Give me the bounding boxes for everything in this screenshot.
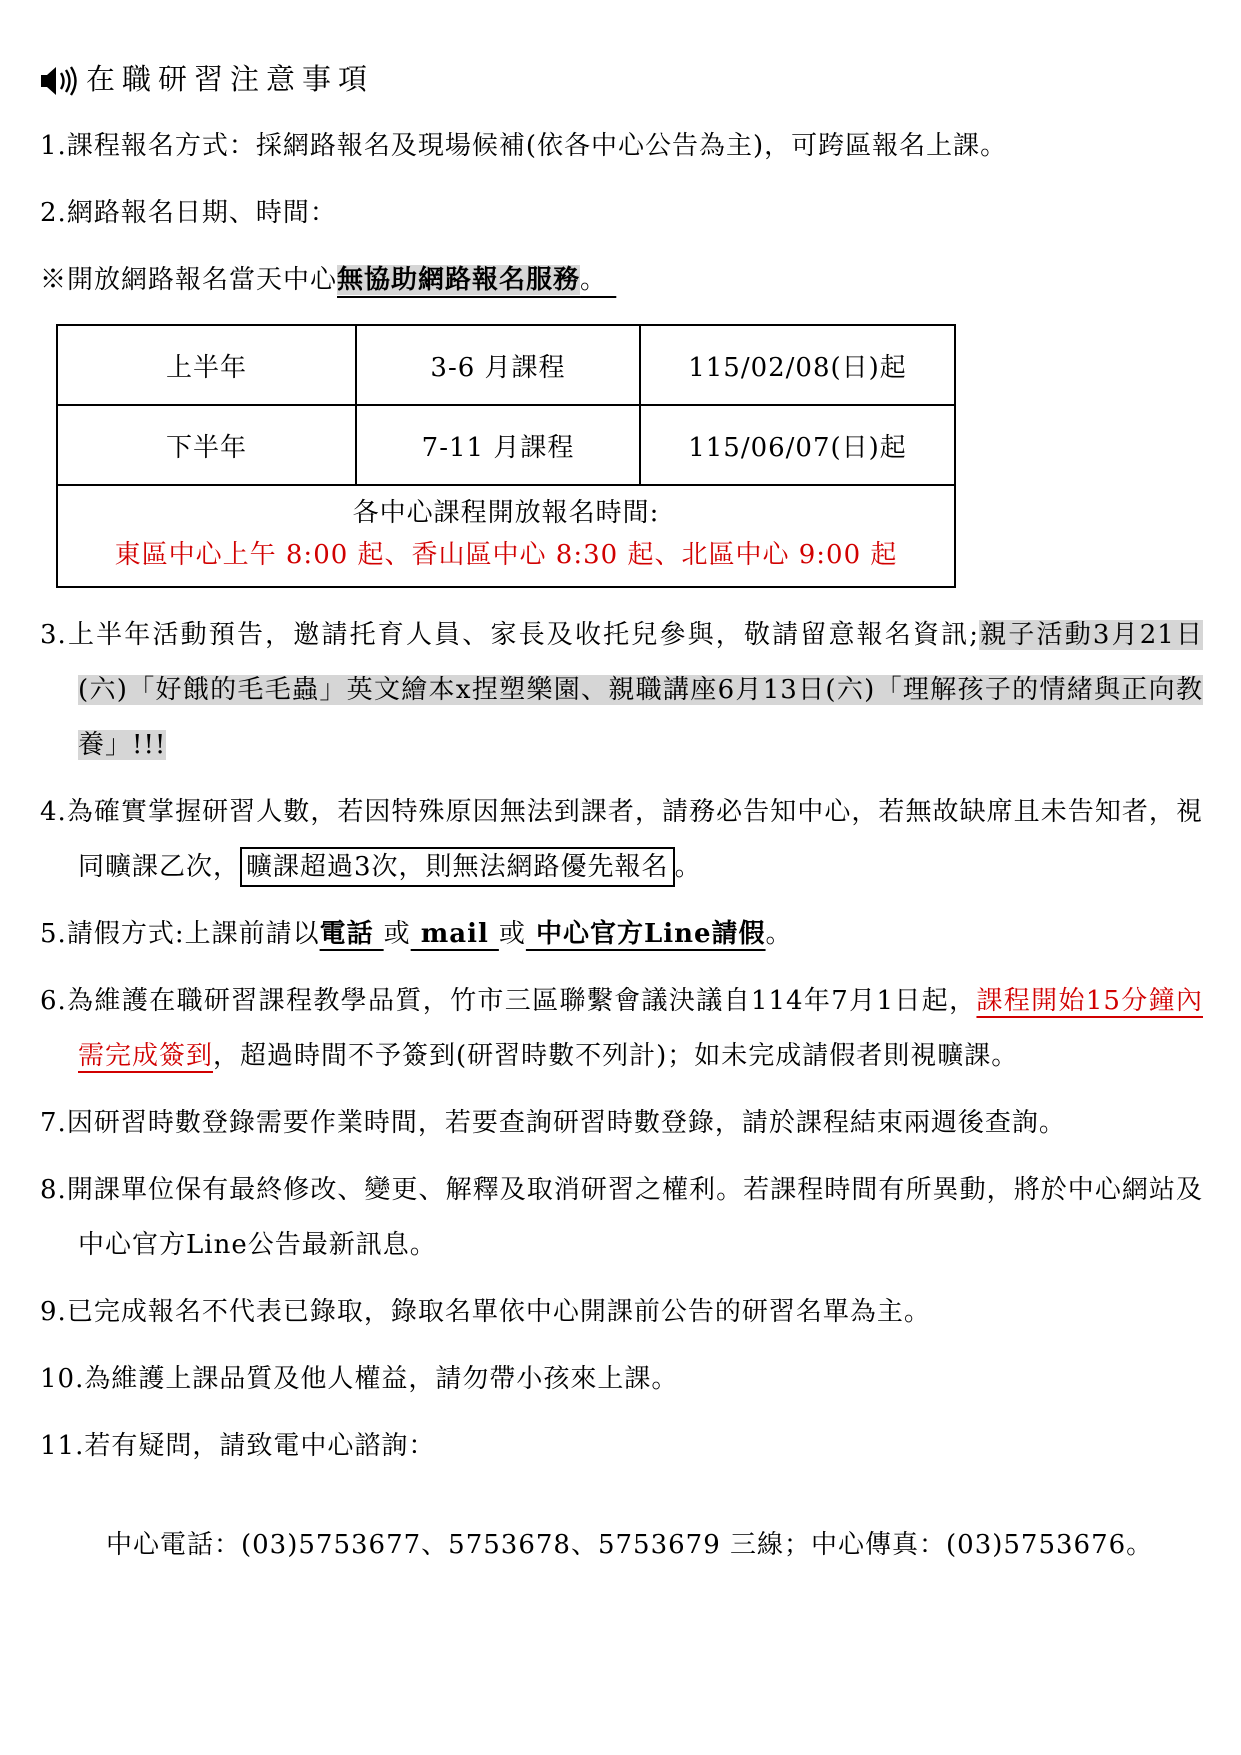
document-title: 在職研習注意事項 xyxy=(40,52,1203,107)
item-4-suffix: 。 xyxy=(675,852,702,882)
note-highlighted-text: 無協助網路報名服務 xyxy=(337,265,580,295)
item-6-text: 為維護在職研習課程教學品質，竹市三區聯繫會議決議自114年7月1日起， xyxy=(67,986,977,1016)
item-4-boxed-text: 曠課超過3次，則無法網路優先報名 xyxy=(240,847,675,887)
cell-period: 下半年 xyxy=(57,405,356,485)
item-6: 6.為維護在職研習課程教學品質，竹市三區聯繫會議決議自114年7月1日起，課程開… xyxy=(40,974,1203,1084)
item-1-text: 課程報名方式：採網路報名及現場候補(依各中心公告為主)，可跨區報名上課。 xyxy=(67,131,1007,161)
item-6-suffix: ，超過時間不予簽到(研習時數不列計)；如未完成請假者則視曠課。 xyxy=(213,1041,1018,1071)
item-8-text: 開課單位保有最終修改、變更、解釋及取消研習之權利。若課程時間有所異動，將於中心網… xyxy=(67,1175,1203,1260)
item-1-number: 1. xyxy=(40,131,67,161)
item-7: 7.因研習時數登錄需要作業時間，若要查詢研習時數登錄，請於課程結束兩週後查詢。 xyxy=(40,1096,1203,1151)
cell-start-date: 115/02/08(日)起 xyxy=(640,325,955,405)
item-5-number: 5. xyxy=(40,919,67,949)
table-row-footer: 各中心課程開放報名時間: 東區中心上午 8:00 起、香山區中心 8:30 起、… xyxy=(57,485,955,587)
item-9: 9.已完成報名不代表已錄取，錄取名單依中心開課前公告的研習名單為主。 xyxy=(40,1285,1203,1340)
contact-line: 中心電話：(03)5753677、5753678、5753679 三線；中心傳真… xyxy=(40,1518,1203,1573)
item-7-text: 因研習時數登錄需要作業時間，若要查詢研習時數登錄，請於課程結束兩週後查詢。 xyxy=(67,1108,1066,1138)
note-prefix: ※開放網路報名當天中心 xyxy=(40,265,337,295)
item-5: 5.請假方式:上課前請以電話 或 mail 或 中心官方Line請假。 xyxy=(40,907,1203,962)
item-10: 10.為維護上課品質及他人權益，請勿帶小孩來上課。 xyxy=(40,1352,1203,1407)
item-9-text: 已完成報名不代表已錄取，錄取名單依中心開課前公告的研習名單為主。 xyxy=(67,1297,931,1327)
open-times-label: 各中心課程開放報名時間: xyxy=(62,492,950,534)
item-2-text: 網路報名日期、時間： xyxy=(67,198,337,228)
item-5-text: 請假方式:上課前請以 xyxy=(67,919,320,949)
page-title: 在職研習注意事項 xyxy=(86,52,374,107)
cell-courses: 3-6 月課程 xyxy=(356,325,640,405)
item-10-number: 10. xyxy=(40,1364,84,1394)
item-3-number: 3. xyxy=(40,620,67,650)
document-page: 在職研習注意事項 1.課程報名方式：採網路報名及現場候補(依各中心公告為主)，可… xyxy=(0,0,1241,1755)
item-11-number: 11. xyxy=(40,1431,84,1461)
item-5-suffix: 。 xyxy=(766,919,793,949)
note-line: ※開放網路報名當天中心無協助網路報名服務。 xyxy=(40,253,1203,308)
item-11: 11.若有疑問，請致電中心諮詢： xyxy=(40,1419,1203,1474)
item-5-or-1: 或 xyxy=(384,919,411,949)
item-5-mail-option: mail xyxy=(411,919,499,949)
cell-period: 上半年 xyxy=(57,325,356,405)
item-4: 4.為確實掌握研習人數，若因特殊原因無法到課者，請務必告知中心，若無故缺席且未告… xyxy=(40,785,1203,895)
item-1: 1.課程報名方式：採網路報名及現場候補(依各中心公告為主)，可跨區報名上課。 xyxy=(40,119,1203,174)
item-9-number: 9. xyxy=(40,1297,67,1327)
cell-courses: 7-11 月課程 xyxy=(356,405,640,485)
item-5-or-2: 或 xyxy=(499,919,526,949)
item-2-number: 2. xyxy=(40,198,67,228)
table-row-second-half: 下半年 7-11 月課程 115/06/07(日)起 xyxy=(57,405,955,485)
item-8-number: 8. xyxy=(40,1175,67,1205)
registration-schedule-table: 上半年 3-6 月課程 115/02/08(日)起 下半年 7-11 月課程 1… xyxy=(56,324,956,588)
item-5-line-option: 中心官方Line請假 xyxy=(526,919,766,949)
speaker-icon xyxy=(40,64,80,98)
item-8: 8.開課單位保有最終修改、變更、解釋及取消研習之權利。若課程時間有所異動，將於中… xyxy=(40,1163,1203,1273)
item-3: 3.上半年活動預告，邀請托育人員、家長及收托兒參與，敬請留意報名資訊;親子活動3… xyxy=(40,608,1203,773)
item-5-phone-option: 電話 xyxy=(320,919,384,949)
open-times-detail: 東區中心上午 8:00 起、香山區中心 8:30 起、北區中心 9:00 起 xyxy=(62,534,950,576)
item-2: 2.網路報名日期、時間： xyxy=(40,186,1203,241)
note-underlined-segment: 無協助網路報名服務。 xyxy=(337,265,616,295)
cell-start-date: 115/06/07(日)起 xyxy=(640,405,955,485)
item-6-number: 6. xyxy=(40,986,67,1016)
item-10-text: 為維護上課品質及他人權益，請勿帶小孩來上課。 xyxy=(84,1364,678,1394)
item-3-text: 上半年活動預告，邀請托育人員、家長及收托兒參與，敬請留意報名資訊; xyxy=(67,620,979,650)
table-row-first-half: 上半年 3-6 月課程 115/02/08(日)起 xyxy=(57,325,955,405)
item-4-number: 4. xyxy=(40,797,67,827)
item-7-number: 7. xyxy=(40,1108,67,1138)
note-suffix: 。 xyxy=(580,265,616,295)
item-11-text: 若有疑問，請致電中心諮詢： xyxy=(84,1431,435,1461)
cell-open-times: 各中心課程開放報名時間: 東區中心上午 8:00 起、香山區中心 8:30 起、… xyxy=(57,485,955,587)
